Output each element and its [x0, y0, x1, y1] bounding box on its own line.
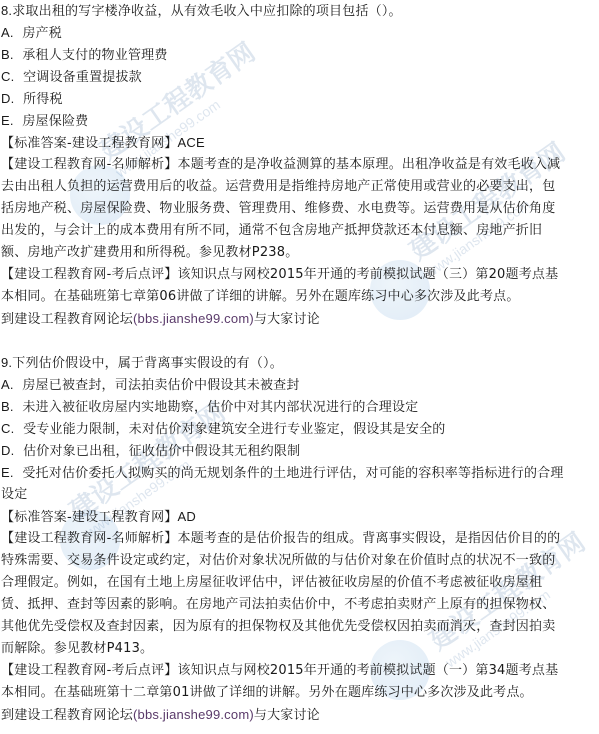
analysis-line: 赁、抵押、查封等因素的影响。在房地产司法拍卖估价中，不考虑拍卖财产上原有的担保物… [1, 594, 555, 616]
question-stem: 9.下列估价假设中，属于背离事实假设的有（）。 [1, 352, 283, 374]
review-line: 【建设工程教育网-考后点评】该知识点与网校2015年开通的考前模拟试题（一）第3… [1, 660, 558, 682]
option-b: B. 承租人支付的物业管理费 [1, 44, 168, 66]
option-e: E. 受托对估价委托人拟购买的尚无规划条件的土地进行评估，对可能的容积率等指标进… [1, 462, 564, 484]
analysis-line: 括房地产税、房屋保险费、物业服务费、管理费用、维修费、水电费等。运营费用是从估价… [1, 198, 555, 220]
answer-value: ACE [178, 135, 205, 150]
forum-link[interactable]: (bbs.jianshe99.com) [133, 311, 254, 326]
option-text: 房屋保险费 [22, 114, 88, 129]
question-text: 下列估价假设中，属于背离事实假设的有（）。 [12, 356, 283, 371]
analysis-line: 【建设工程教育网-名师解析】本题考查的是净收益测算的基本原理。出租净收益是有效毛… [1, 154, 560, 176]
forum-prefix: 到建设工程教育网论坛 [1, 708, 133, 723]
option-text: 空调设备重置提拔款 [23, 70, 142, 85]
option-letter: A. [1, 25, 14, 40]
option-text: 房产税 [22, 26, 62, 41]
option-text: 承租人支付的物业管理费 [22, 48, 167, 63]
review-line: 本相同。在基础班第十二章第01讲做了详细的讲解。另外在题库练习中心多次涉及此考点… [1, 682, 533, 704]
option-text: 受托对估价委托人拟购买的尚无规划条件的土地进行评估，对可能的容积率等指标进行的合… [22, 466, 563, 481]
option-letter: D. [1, 443, 14, 458]
option-letter: C. [1, 69, 14, 84]
review-line: 【建设工程教育网-考后点评】该知识点与网校2015年开通的考前模拟试题（三）第2… [1, 264, 558, 286]
analysis-line: 去由出租人负担的运营费用后的收益。运营费用是指维持房地产正常使用或营业的必要支出… [1, 176, 555, 198]
option-a: A. 房产税 [1, 22, 62, 44]
option-letter: C. [1, 421, 14, 436]
option-letter: B. [1, 399, 14, 414]
option-d: D. 估价对象已出租，征收估价中假设其无租约限制 [1, 440, 300, 462]
review-line: 本相同。在基础班第七章第06讲做了详细的讲解。另外在题库练习中心多次涉及此考点。 [1, 286, 520, 308]
standard-answer: 【标准答案-建设工程教育网】AD [1, 506, 196, 528]
question-number: 8. [1, 3, 12, 18]
option-letter: E. [1, 113, 14, 128]
answer-value: AD [178, 509, 196, 524]
option-letter: B. [1, 47, 14, 62]
question-text: 求取出租的写字楼净收益，从有效毛收入中应扣除的项目包括（）。 [12, 4, 402, 19]
option-c: C. 空调设备重置提拔款 [1, 66, 142, 88]
option-e: E. 房屋保险费 [1, 110, 88, 132]
option-c: C. 受专业能力限制，未对估价对象建筑安全进行专业鉴定，假设其是安全的 [1, 418, 445, 440]
analysis-line: 其他优先受偿权及查封因素，因为原有的担保物权及其他优先受偿权因拍卖而消灭，查封因… [1, 616, 555, 638]
option-letter: A. [1, 377, 14, 392]
analysis-line: 【建设工程教育网-名师解析】本题考查的是估价报告的组成。背离事实假设，是指因估价… [1, 528, 560, 550]
answer-label: 【标准答案-建设工程教育网】 [1, 510, 178, 525]
forum-prefix: 到建设工程教育网论坛 [1, 312, 133, 327]
answer-label: 【标准答案-建设工程教育网】 [1, 136, 178, 151]
option-text: 受专业能力限制，未对估价对象建筑安全进行专业鉴定，假设其是安全的 [23, 422, 445, 437]
question-stem: 8.求取出租的写字楼净收益，从有效毛收入中应扣除的项目包括（）。 [1, 0, 402, 22]
analysis-line: 合理假定。例如，在国有土地上房屋征收评估中，评估被征收房屋的价值不考虑被征收房屋… [1, 572, 542, 594]
option-letter: D. [1, 91, 14, 106]
question-number: 9. [1, 355, 12, 370]
forum-line: 到建设工程教育网论坛(bbs.jianshe99.com)与大家讨论 [1, 308, 320, 330]
analysis-line: 出发的，与会计上的成本费用有所不同，通常不包含房地产抵押贷款还本付息额、房地产折… [1, 220, 542, 242]
option-d: D. 所得税 [1, 88, 63, 110]
option-text: 房屋已被查封，司法拍卖估价中假设其未被查封 [22, 378, 299, 393]
standard-answer: 【标准答案-建设工程教育网】ACE [1, 132, 205, 154]
option-text: 估价对象已出租，征收估价中假设其无租约限制 [23, 444, 300, 459]
analysis-line: 而解除。参见教材P413。 [1, 638, 153, 660]
option-b: B. 未进入被征收房屋内实地勘察，估价中对其内部状况进行的合理设定 [1, 396, 418, 418]
forum-suffix: 与大家讨论 [254, 708, 320, 723]
forum-suffix: 与大家讨论 [254, 312, 320, 327]
analysis-line: 特殊需要、交易条件设定或约定，对估价对象状况所做的与估价对象在价值时点的状况不一… [1, 550, 555, 572]
forum-link[interactable]: (bbs.jianshe99.com) [133, 707, 254, 722]
option-letter: E. [1, 465, 14, 480]
option-e-continued: 设定 [1, 484, 27, 506]
option-a: A. 房屋已被查封，司法拍卖估价中假设其未被查封 [1, 374, 300, 396]
option-text: 未进入被征收房屋内实地勘察，估价中对其内部状况进行的合理设定 [22, 400, 418, 415]
forum-line: 到建设工程教育网论坛(bbs.jianshe99.com)与大家讨论 [1, 704, 320, 726]
analysis-line: 额、房地产改扩建费用和所得税。参见教材P238。 [1, 242, 298, 264]
option-text: 所得税 [23, 92, 63, 107]
